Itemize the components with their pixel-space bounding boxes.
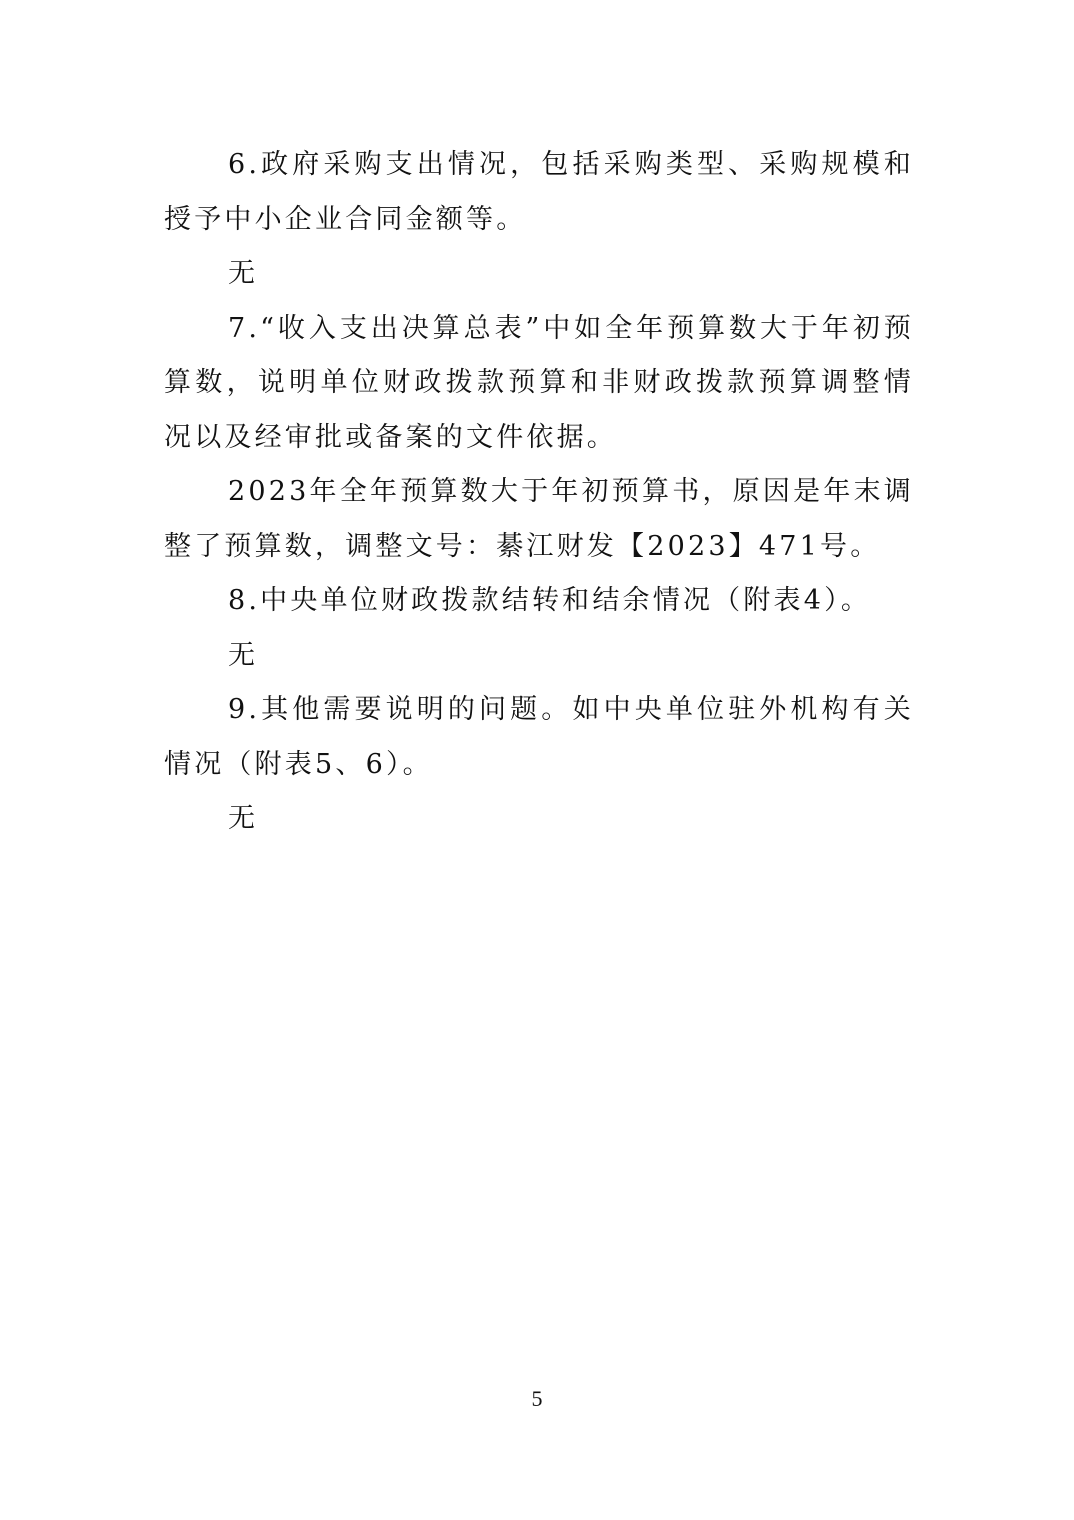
paragraph-item-8-heading: 8.中央单位财政拨款结转和结余情况（附表4）。 [164,574,914,629]
paragraph-item-6-answer: 无 [164,247,914,302]
paragraph-item-8-answer: 无 [164,629,914,684]
paragraph-item-9-heading: 9.其他需要说明的问题。如中央单位驻外机构有关情况（附表5、6）。 [164,683,914,792]
paragraph-item-7-heading: 7.“收入支出决算总表”中如全年预算数大于年初预算数，说明单位财政拨款预算和非财… [164,302,914,466]
page-number: 5 [0,1386,1074,1412]
paragraph-item-6-heading: 6.政府采购支出情况，包括采购类型、采购规模和授予中小企业合同金额等。 [164,138,914,247]
document-page: 6.政府采购支出情况，包括采购类型、采购规模和授予中小企业合同金额等。 无 7.… [0,0,1074,1520]
document-body: 6.政府采购支出情况，包括采购类型、采购规模和授予中小企业合同金额等。 无 7.… [164,138,914,847]
paragraph-item-7-answer: 2023年全年预算数大于年初预算书，原因是年末调整了预算数，调整文号：綦江财发【… [164,465,914,574]
paragraph-item-9-answer: 无 [164,792,914,847]
